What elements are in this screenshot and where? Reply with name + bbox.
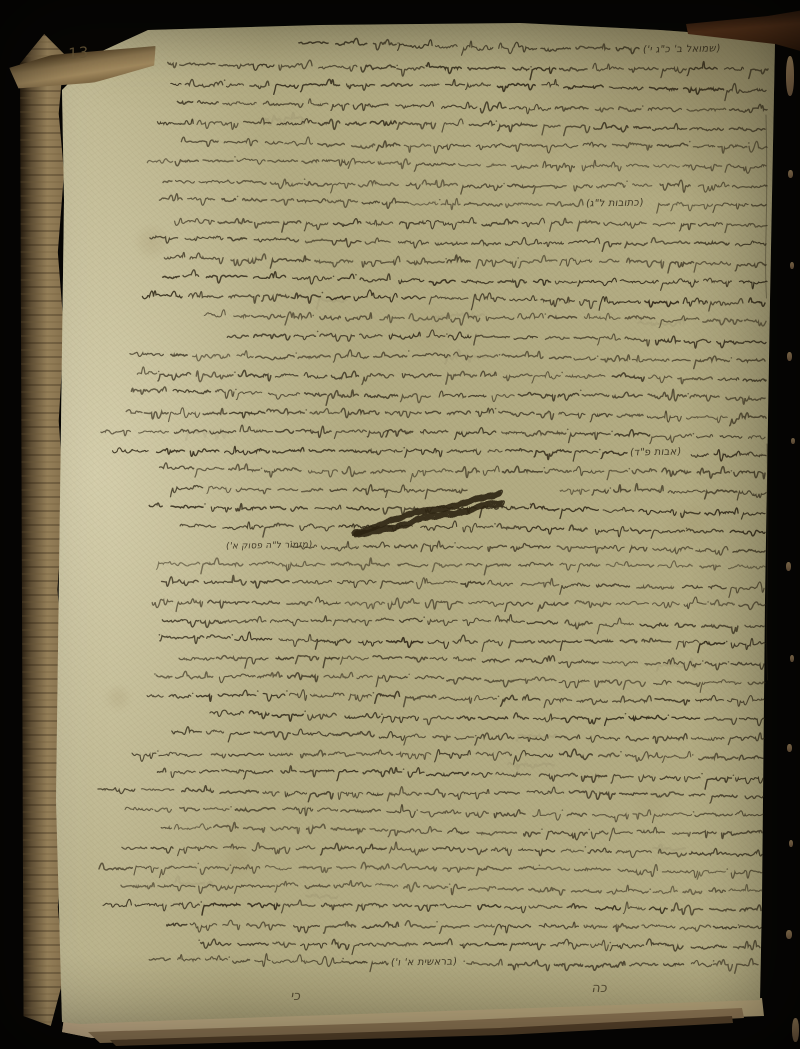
paper-fragment (787, 744, 792, 752)
paper-fragment (790, 262, 794, 269)
paper-fragment (790, 655, 794, 662)
handwritten-text-layer (0, 0, 800, 1049)
catchword-right: כה (591, 981, 608, 996)
paper-fragment (791, 438, 795, 444)
paper-fragment (786, 56, 794, 96)
citation-text: (מזמור ל"ה פסוק א') (225, 540, 313, 552)
folio-number: 13 (68, 43, 89, 63)
manuscript-scan: 13 (שמואל ב' כ"ג י') (כתובות ל"ג) (אבות … (0, 0, 800, 1049)
paper-fragment (792, 1018, 799, 1042)
paper-fragment (787, 352, 792, 361)
citation-text: (בראשית א' ו') (390, 956, 458, 968)
paper-fragment (788, 170, 793, 178)
paper-fragment (786, 930, 792, 939)
catchword-left: כי (290, 989, 302, 1004)
citation-text: (שמואל ב' כ"ג י') (642, 43, 721, 55)
citation-text: (אבות פ"ד) (629, 447, 682, 459)
paper-fragment (786, 562, 791, 571)
paper-fragment (789, 840, 793, 847)
citation-text: (כתובות ל"ג) (585, 197, 644, 209)
